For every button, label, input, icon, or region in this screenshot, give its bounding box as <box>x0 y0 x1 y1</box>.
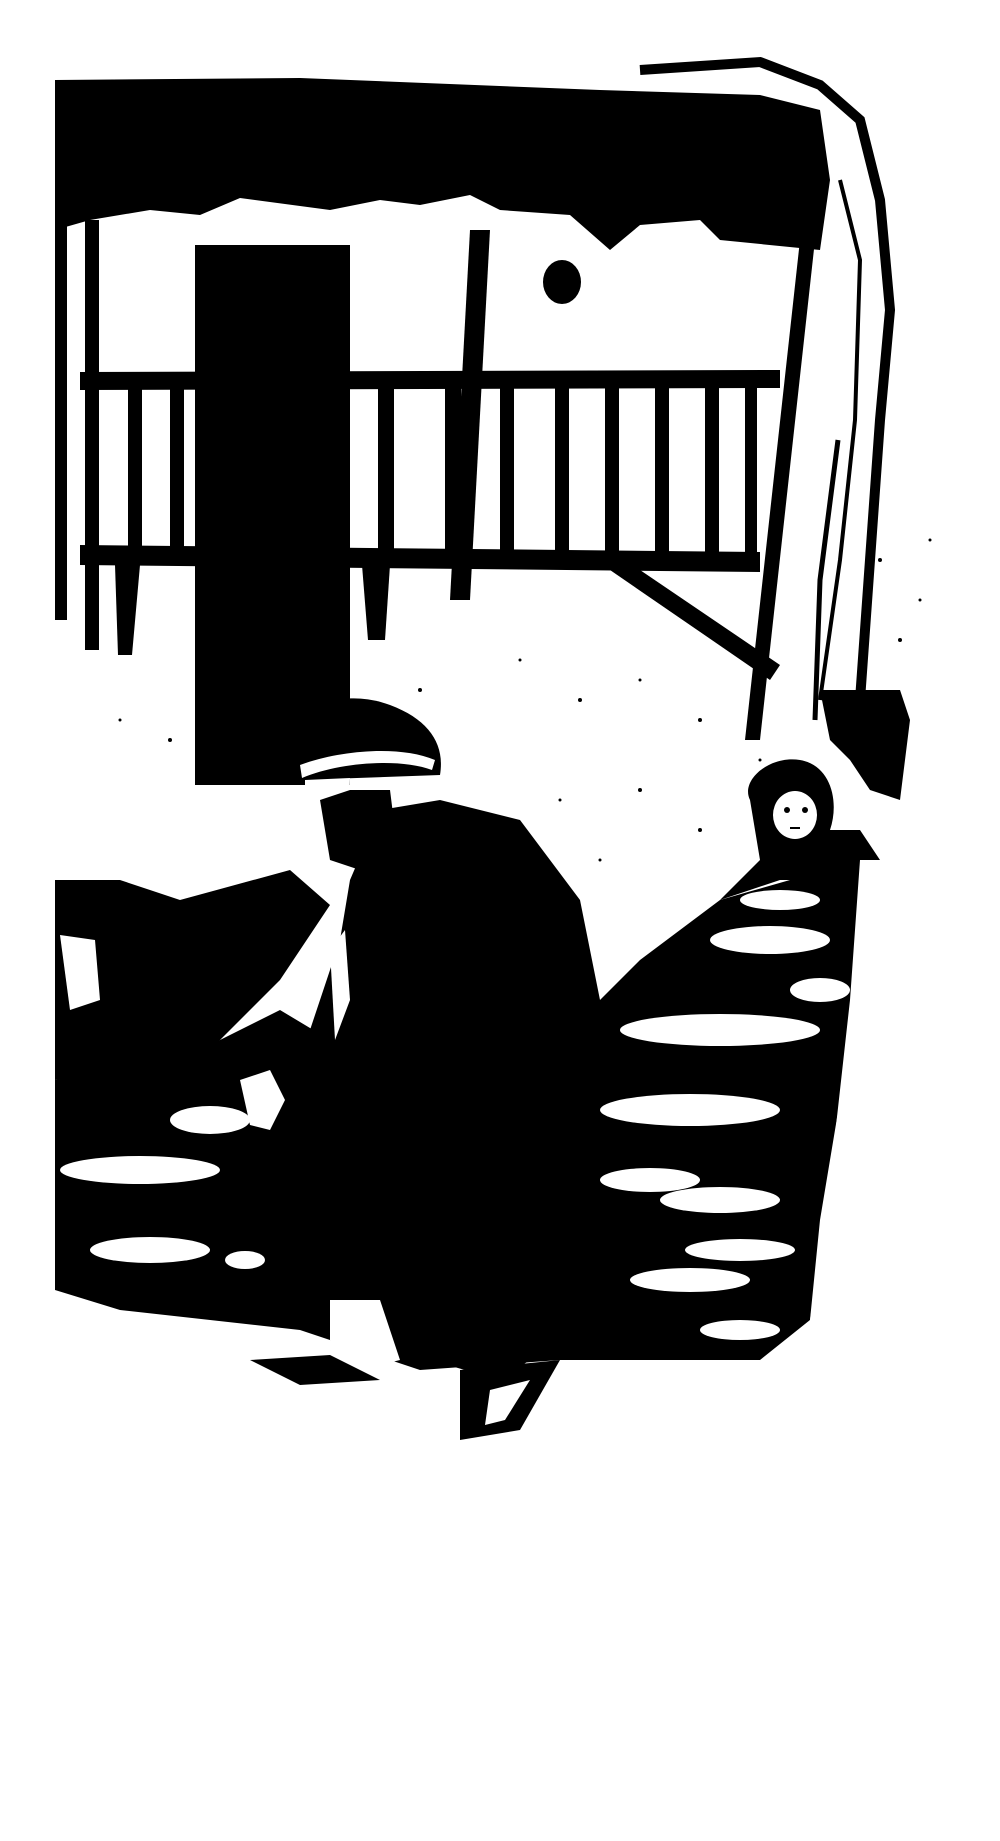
round-window <box>543 260 581 304</box>
photo-scene <box>0 0 1000 1841</box>
balcony-top-rail <box>80 370 780 390</box>
